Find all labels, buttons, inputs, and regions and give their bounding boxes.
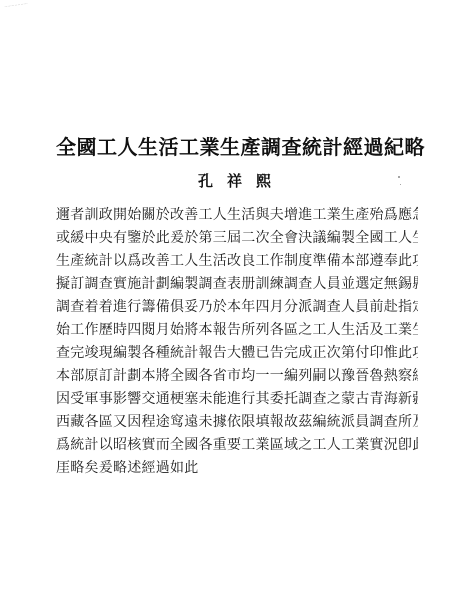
body-line: 擬訂調查實施計劃編製調查表册訓練調查人員並選定無錫縣舉辦試驗	[56, 273, 418, 296]
body-line: 邇者訓政開始關於改善工人生活與夫增進工業生產殆爲應急之務不容	[56, 204, 418, 227]
scan-speck	[400, 184, 401, 185]
body-text: 邇者訓政開始關於改善工人生活與夫增進工業生產殆爲應急之務不容 或緩中央有鑒於此爰…	[56, 204, 418, 480]
scan-watermark: ................	[4, 0, 28, 8]
body-line: 爲統計以昭核實而全國各重要工業區域之工人工業實況卽此已可窺其	[56, 434, 418, 457]
body-line: 或緩中央有鑒於此爰於第三屆二次全會決議編製全國工人生活與工業	[56, 227, 418, 250]
document-title: 全國工人生活工業生產調查統計經過紀略	[56, 131, 416, 160]
scan-speck	[398, 176, 400, 178]
body-line: 始工作歷時四閱月始將本報告所列各區之工人生活及工業生產狀況調	[56, 319, 418, 342]
body-line: 厓略矣爰略述經過如此	[56, 457, 418, 480]
body-line: 本部原訂計劃本將全國各省市均一一編列嗣以豫晉魯熱察綏陝甘等省	[56, 365, 418, 388]
author-name: 孔祥熙	[0, 170, 469, 191]
body-line: 西藏各區又因程途窎遠未據依限填報故茲編統派員調查所及之各區編	[56, 411, 418, 434]
body-line: 生產統計以爲改善工人生活改良工作制度準備本部遵奉此項決議比卽	[56, 250, 418, 273]
body-line: 因受軍事影響交通梗塞未能進行其委托調查之蒙古青海新疆甯夏西康	[56, 388, 418, 411]
body-line: 查完竣現編製各種統計報告大體已告完成正次第付印惟此項調查統計	[56, 342, 418, 365]
body-line: 調查着着進行籌備俱妥乃於本年四月分派調查人員前赴指定各省區開	[56, 296, 418, 319]
